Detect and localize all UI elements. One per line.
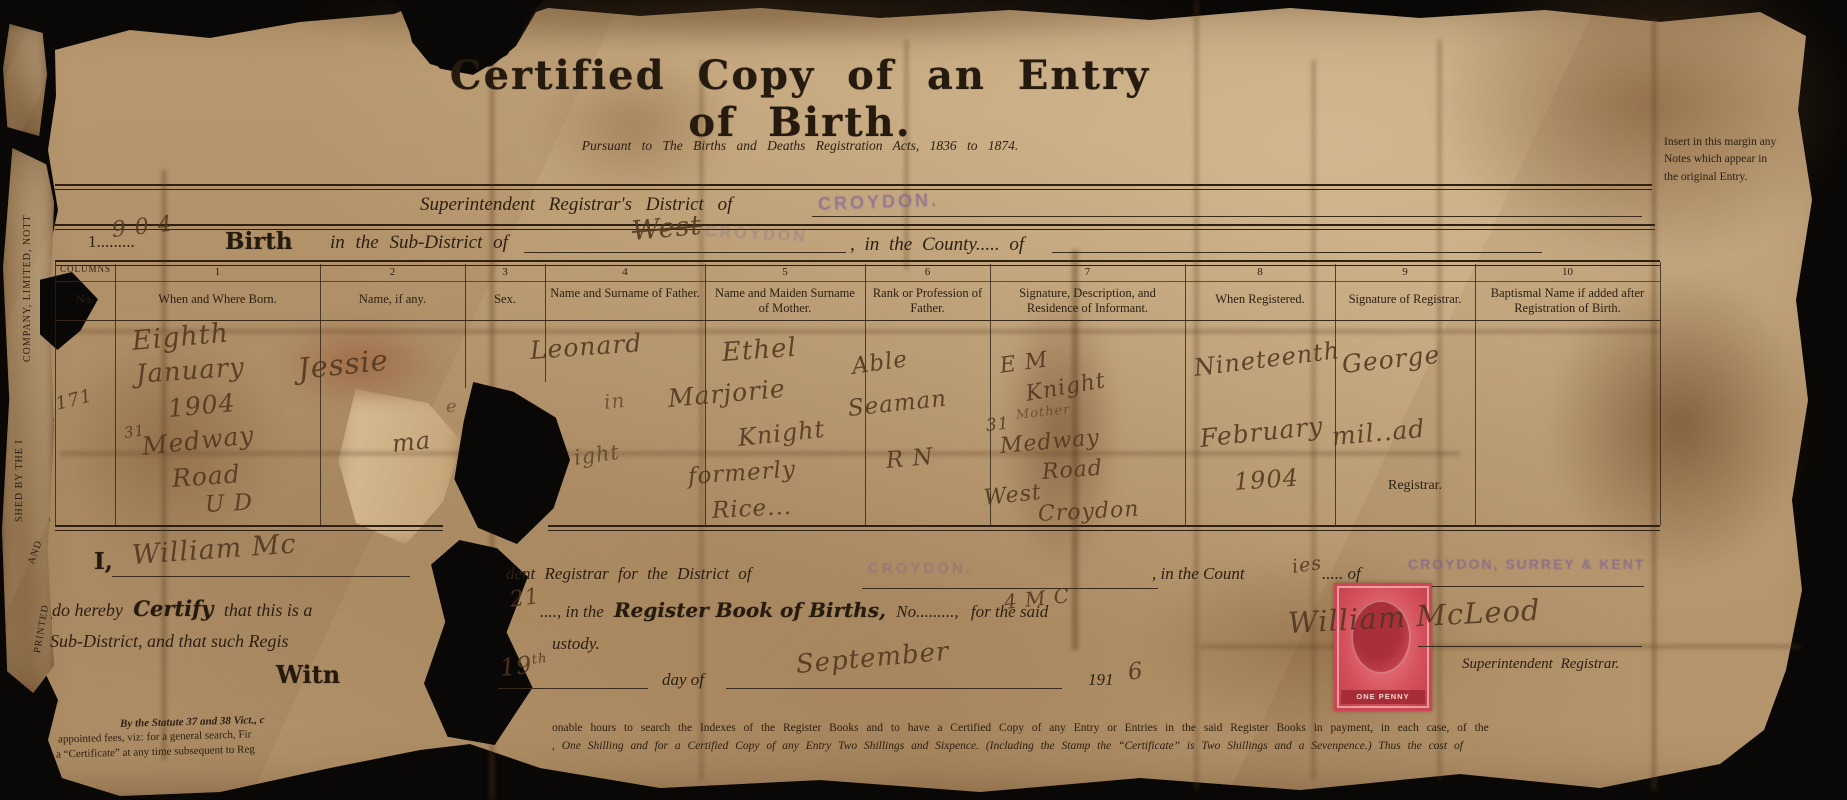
column-header: Baptismal Name if added after Registrati… (1479, 286, 1656, 316)
entry-torn-fragment: e (446, 396, 458, 417)
horizontal-rule (55, 224, 1655, 230)
table-border (1660, 262, 1661, 525)
entry-born-line: Road (171, 459, 242, 493)
entry-registered-line: 1904 (1233, 463, 1300, 495)
birth-word: Birth (225, 228, 293, 255)
cert-line2: do hereby Certify that this is a (52, 596, 312, 621)
column-header: Rank or Profession of Father. (869, 286, 986, 316)
county-underline (1052, 252, 1542, 253)
entry-mother-line: Rice... (711, 494, 792, 524)
entry-mother-line: Ethel (721, 333, 798, 368)
column-number: 5 (705, 266, 865, 278)
column-header: Signature, Description, and Residence of… (994, 286, 1181, 316)
cert-county-label-b: ..... of (1322, 564, 1361, 584)
cert-mid-line2: ...., in the Register Book of Births, No… (540, 598, 1048, 622)
cert-mid2-a: ...., in the (540, 602, 604, 621)
table-column-line (320, 264, 321, 525)
margin-note: Insert in this margin any Notes which ap… (1664, 134, 1782, 186)
numbers-row-line (55, 281, 1660, 282)
district-stamp-croydon: CROYDON. (818, 190, 940, 215)
cert-custody-fragment: ustody. (552, 634, 600, 654)
column-number: 7 (990, 266, 1185, 278)
cert-line3: Sub-District, and that such Regis (50, 631, 288, 652)
column-header: Signature of Registrar. (1339, 292, 1471, 307)
cert-witness-fragment: Witn (276, 660, 340, 689)
column-header-no: No. (57, 292, 113, 307)
column-header: When Registered. (1189, 292, 1331, 307)
cert-register-book-words: Register Book of Births, (614, 598, 886, 622)
paper-top-left-piece (3, 24, 47, 136)
cert-line2-c: that this is a (224, 600, 313, 620)
subdistrict-handwritten: West (631, 210, 704, 247)
table-column-line (1475, 264, 1476, 525)
column-number: 4 (545, 266, 705, 278)
printer-imprint-fragment: SHED BY THE I (14, 439, 25, 522)
cert-page-handwritten: 21 (508, 584, 541, 613)
column-header: When and Where Born. (115, 292, 320, 307)
table-column-line (545, 264, 546, 382)
table-column-line (1335, 264, 1336, 525)
column-number: 2 (320, 266, 465, 278)
column-number: 8 (1185, 266, 1335, 278)
table-column-line (465, 264, 466, 388)
cert-mid-stamp: CROYDON. (868, 560, 973, 577)
header-bottom-line (55, 320, 1660, 321)
date-year-printed: 191 (1088, 670, 1114, 690)
signature-underline (1418, 646, 1642, 647)
entry-name-fragment: ma (391, 426, 433, 458)
column-number: 3 (465, 266, 545, 278)
column-number: 1 (115, 266, 320, 278)
cert-name-underline (112, 576, 410, 577)
registrar-printed-label: Registrar. (1388, 478, 1442, 494)
subdistrict-underline (524, 252, 846, 253)
horizontal-rule (55, 184, 1652, 190)
cert-i-label: I, (94, 548, 113, 575)
document-subtitle: Pursuant to The Births and Deaths Regist… (480, 138, 1120, 154)
entry-informant-line: Croydon (1037, 497, 1140, 527)
entry-born-line: U D (204, 489, 253, 517)
date-label: day of (662, 670, 704, 690)
date-day: 19 (499, 651, 534, 682)
fees-notice-line: , One Shilling and for a Certified Copy … (552, 740, 1463, 752)
entry-informant-line: Road (1041, 456, 1104, 485)
cert-county-label: , in the Count (1152, 564, 1245, 584)
entry-born-line: 1904 (167, 388, 237, 423)
table-column-line (1185, 264, 1186, 525)
county-stamp: CROYDON, SURREY & KENT (1408, 556, 1645, 572)
column-header: Sex. (465, 292, 545, 307)
county-label: , in the County..... of (850, 234, 1024, 256)
date-underline (498, 688, 648, 689)
column-number: 6 (865, 266, 990, 278)
cert-line2-a: do hereby (52, 600, 123, 620)
district-underline (812, 216, 1642, 217)
column-header: Name and Maiden Surname of Mother. (709, 286, 861, 316)
cert-certify-word: Certify (133, 596, 213, 621)
subdistrict-label: in the Sub-District of (330, 232, 508, 254)
column-number: 9 (1335, 266, 1475, 278)
cert-county-handwritten: ies (1290, 552, 1323, 578)
superintendent-registrar-label: Superintendent Registrar. (1462, 656, 1619, 673)
scanned-birth-certificate: COMPANY, LIMITED, NOTT SHED BY THE I AND… (0, 0, 1847, 800)
cert-mid2-c: No........., (896, 602, 958, 621)
column-header: Name and Surname of Father. (549, 286, 701, 301)
table-bottom-rule (548, 525, 1660, 531)
date-day-suffix: th (531, 651, 548, 668)
column-header: Name, if any. (320, 292, 465, 307)
table-bottom-rule (55, 525, 443, 531)
printer-imprint-fragment: COMPANY, LIMITED, NOTT (22, 214, 33, 362)
date-day-handwritten: 19th (499, 649, 550, 682)
fees-notice-line: onable hours to search the Indexes of th… (552, 722, 1489, 734)
stamp-denomination: ONE PENNY (1341, 690, 1425, 704)
cert-mid-line1: dent Registrar for the District of (506, 564, 752, 584)
document-title: Certified Copy of an Entry of Birth. (420, 52, 1180, 146)
date-underline (726, 688, 1062, 689)
table-column-line (115, 264, 116, 525)
county-underline (1398, 586, 1644, 587)
columns-label: COLUMNS (60, 264, 111, 274)
entry-rank-line: R N (885, 444, 935, 474)
entry-torn-fragment: in (603, 388, 627, 414)
column-number: 10 (1475, 266, 1660, 278)
